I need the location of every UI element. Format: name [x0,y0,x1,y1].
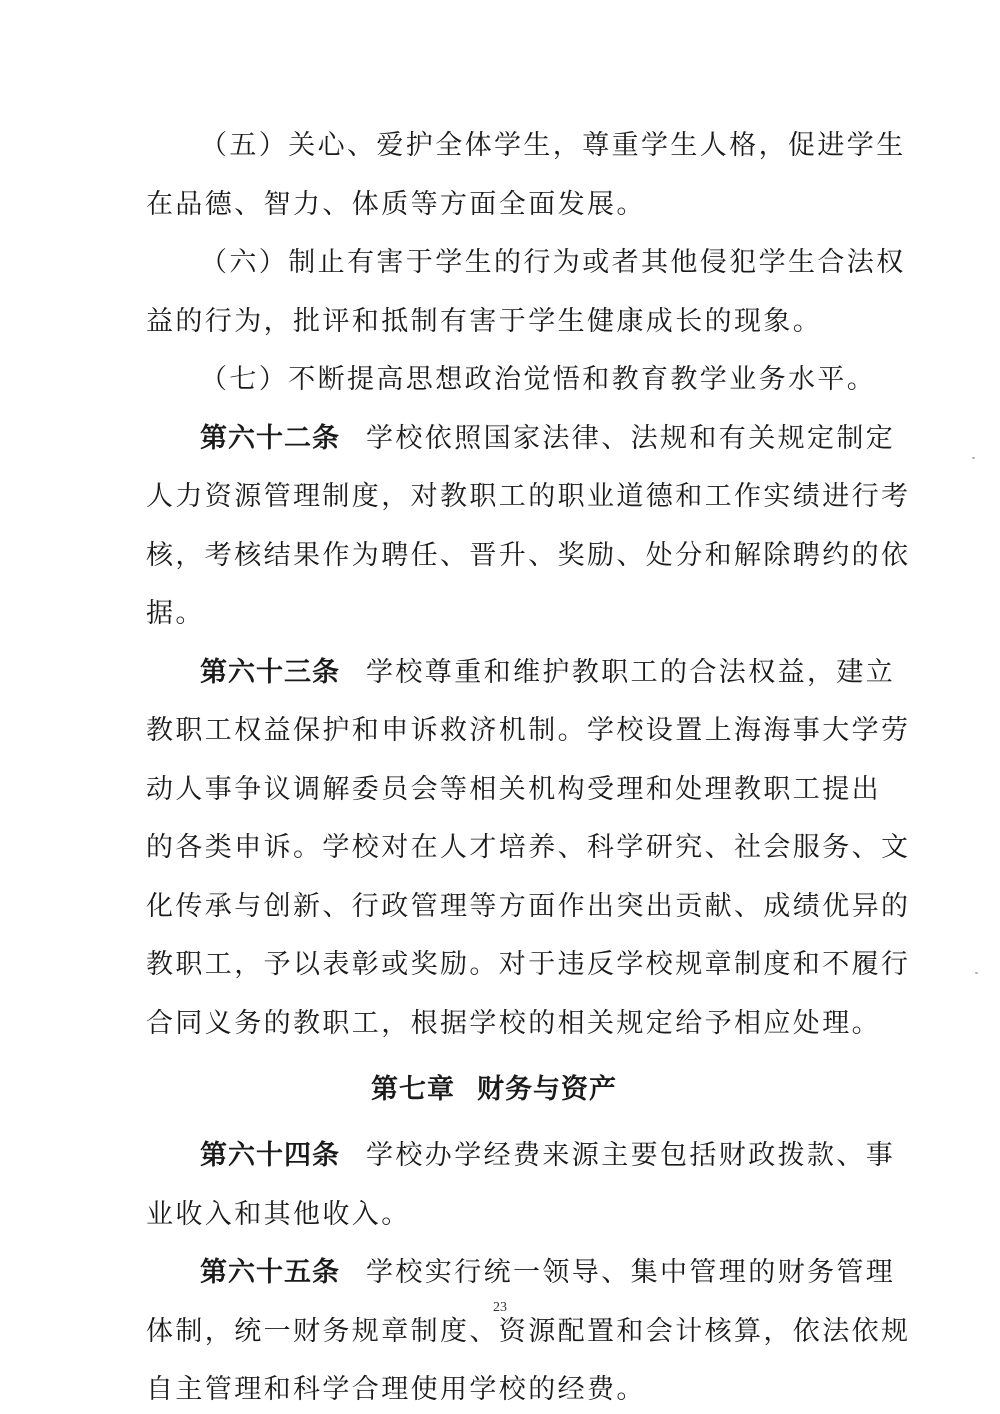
article-63: 第六十三条学校尊重和维护教职工的合法权益，建立 教职工权益保护和申诉救济机制。学… [146,644,842,1054]
text-line: 自主管理和科学合理使用学校的经费。 [146,1361,842,1414]
text-line: 动人事争议调解委员会等相关机构受理和处理教职工提出 [146,761,842,820]
article-first-line: 第六十三条学校尊重和维护教职工的合法权益，建立 [146,644,842,703]
scan-speck [975,972,978,974]
page-body: （五）关心、爱护全体学生，尊重学生人格，促进学生 在品德、智力、体质等方面全面发… [146,117,842,1414]
article-label: 第六十五条 [200,1257,340,1288]
article-label: 第六十三条 [200,657,340,688]
text-line: 教职工权益保护和申诉救济机制。学校设置上海海事大学劳 [146,702,842,761]
text-line: （七）不断提高思想政治觉悟和教育教学业务水平。 [146,351,842,410]
article-62: 第六十二条学校依照国家法律、法规和有关规定制定 人力资源管理制度，对教职工的职业… [146,410,842,644]
article-text: 学校实行统一领导、集中管理的财务管理 [366,1257,895,1288]
article-text: 学校依照国家法律、法规和有关规定制定 [366,423,895,454]
article-text: 学校尊重和维护教职工的合法权益，建立 [366,657,895,688]
page-number: 23 [0,1300,1000,1316]
chapter-number: 第七章 [371,1074,455,1105]
text-line: 业收入和其他收入。 [146,1186,842,1245]
article-label: 第六十二条 [200,423,340,454]
text-line: 人力资源管理制度，对教职工的职业道德和工作实绩进行考 [146,468,842,527]
list-item-7: （七）不断提高思想政治觉悟和教育教学业务水平。 [146,351,842,410]
chapter-title: 财务与资产 [477,1074,617,1105]
text-line: （六）制止有害于学生的行为或者其他侵犯学生合法权 [146,234,842,293]
text-line: 益的行为，批评和抵制有害于学生健康成长的现象。 [146,293,842,352]
scan-speck [972,457,975,459]
text-line: （五）关心、爱护全体学生，尊重学生人格，促进学生 [146,117,842,176]
text-line: 合同义务的教职工，根据学校的相关规定给予相应处理。 [146,995,842,1054]
article-first-line: 第六十五条学校实行统一领导、集中管理的财务管理 [146,1244,842,1303]
list-item-6: （六）制止有害于学生的行为或者其他侵犯学生合法权 益的行为，批评和抵制有害于学生… [146,234,842,351]
list-item-5: （五）关心、爱护全体学生，尊重学生人格，促进学生 在品德、智力、体质等方面全面发… [146,117,842,234]
article-first-line: 第六十四条学校办学经费来源主要包括财政拨款、事 [146,1127,842,1186]
text-line: 的各类申诉。学校对在人才培养、科学研究、社会服务、文 [146,819,842,878]
text-line: 在品德、智力、体质等方面全面发展。 [146,176,842,235]
article-label: 第六十四条 [200,1140,340,1171]
article-text: 学校办学经费来源主要包括财政拨款、事 [366,1140,895,1171]
article-65: 第六十五条学校实行统一领导、集中管理的财务管理 体制，统一财务规章制度、资源配置… [146,1244,842,1414]
article-first-line: 第六十二条学校依照国家法律、法规和有关规定制定 [146,410,842,469]
chapter-heading: 第七章财务与资产 [146,1053,842,1127]
text-line: 据。 [146,585,842,644]
text-line: 核，考核结果作为聘任、晋升、奖励、处分和解除聘约的依 [146,527,842,586]
document-page: （五）关心、爱护全体学生，尊重学生人格，促进学生 在品德、智力、体质等方面全面发… [0,0,1000,1414]
article-64: 第六十四条学校办学经费来源主要包括财政拨款、事 业收入和其他收入。 [146,1127,842,1244]
text-line: 化传承与创新、行政管理等方面作出突出贡献、成绩优异的 [146,878,842,937]
text-line: 教职工，予以表彰或奖励。对于违反学校规章制度和不履行 [146,936,842,995]
